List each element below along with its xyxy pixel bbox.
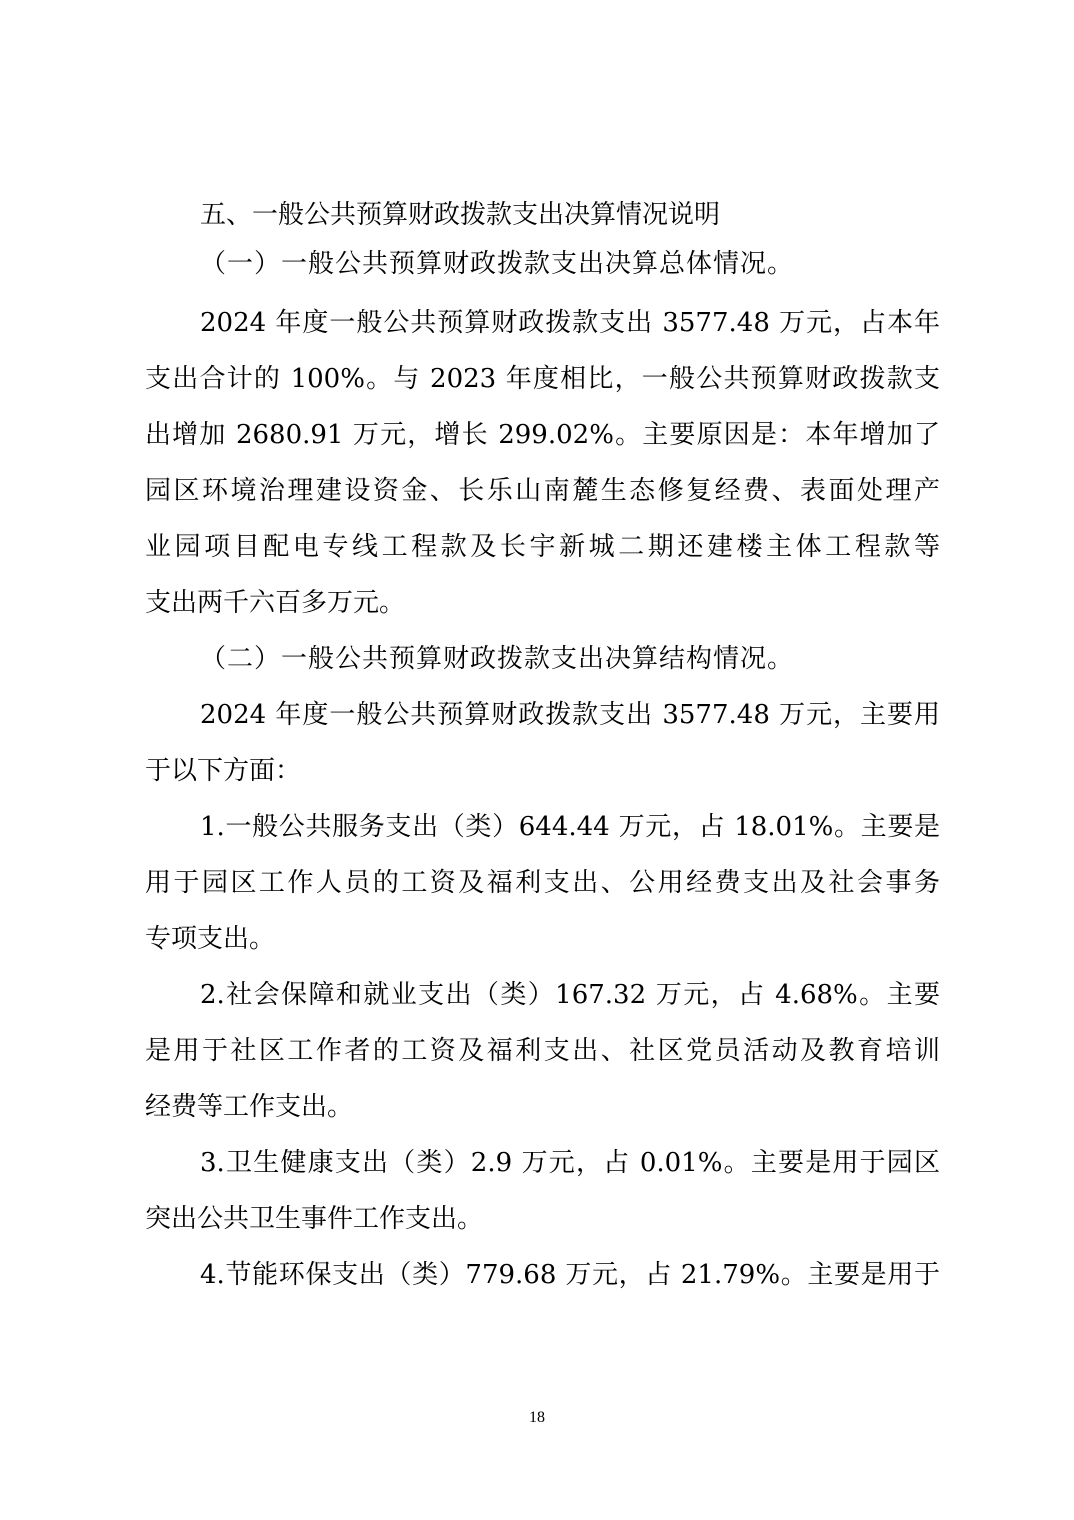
list-item-line: 4.节能环保支出（类）779.68 万元，占 21.79%。主要是用于 [200,1255,940,1295]
list-item-line: 3.卫生健康支出（类）2.9 万元，占 0.01%。主要是用于园区 [200,1143,940,1183]
paragraph-line: 业园项目配电专线工程款及长宇新城二期还建楼主体工程款等 [145,527,940,567]
paragraph-line: 2024 年度一般公共预算财政拨款支出 3577.48 万元，占本年 [200,303,940,343]
paragraph-line: 2024 年度一般公共预算财政拨款支出 3577.48 万元，主要用 [200,695,940,735]
list-item-line: 用于园区工作人员的工资及福利支出、公用经费支出及社会事务 [145,863,940,903]
paragraph-line: 于以下方面： [145,751,940,791]
paragraph-line: 支出合计的 100%。与 2023 年度相比，一般公共预算财政拨款支 [145,359,940,399]
list-item-line: 经费等工作支出。 [145,1087,940,1127]
document-page: 五、一般公共预算财政拨款支出决算情况说明 （一）一般公共预算财政拨款支出决算总体… [0,0,1074,1520]
list-item-line: 专项支出。 [145,919,940,959]
list-item-line: 1.一般公共服务支出（类）644.44 万元，占 18.01%。主要是 [200,807,940,847]
section-title: 五、一般公共预算财政拨款支出决算情况说明 [200,195,995,235]
subsection-2-title: （二）一般公共预算财政拨款支出决算结构情况。 [200,639,995,679]
paragraph-line: 支出两千六百多万元。 [145,583,940,623]
list-item-line: 2.社会保障和就业支出（类）167.32 万元，占 4.68%。主要 [200,975,940,1015]
paragraph-line: 园区环境治理建设资金、长乐山南麓生态修复经费、表面处理产 [145,471,940,511]
page-number: 18 [0,1408,1074,1428]
list-item-line: 突出公共卫生事件工作支出。 [145,1199,940,1239]
paragraph-line: 出增加 2680.91 万元，增长 299.02%。主要原因是：本年增加了 [145,415,940,455]
list-item-line: 是用于社区工作者的工资及福利支出、社区党员活动及教育培训 [145,1031,940,1071]
subsection-1-title: （一）一般公共预算财政拨款支出决算总体情况。 [200,244,995,284]
